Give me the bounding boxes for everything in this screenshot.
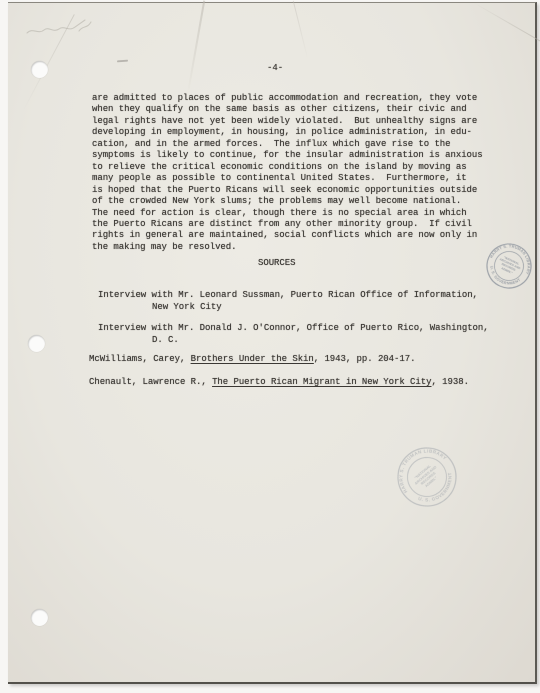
hole-punch	[31, 609, 48, 626]
source-item-line: New York City	[152, 302, 222, 313]
hole-punch	[31, 61, 48, 78]
hole-punch	[28, 335, 45, 352]
page-number: -4-	[267, 63, 283, 74]
pencil-scribble	[22, 14, 100, 42]
citation-detail: , 1943, pp. 204-17.	[314, 354, 416, 364]
citation-detail: , 1938.	[431, 377, 468, 387]
document-page-scan: -4- are admitted to places of public acc…	[0, 0, 540, 693]
citation-author: McWilliams, Carey,	[89, 354, 191, 364]
source-item-citation: Chenault, Lawrence R., The Puerto Rican …	[89, 377, 469, 388]
source-item-line: Interview with Mr. Leonard Sussman, Puer…	[98, 290, 478, 301]
citation-title-underlined: Brothers Under the Skin	[191, 354, 314, 364]
body-paragraph: are admitted to places of public accommo…	[92, 93, 483, 253]
citation-author: Chenault, Lawrence R.,	[89, 377, 212, 387]
sources-heading: SOURCES	[258, 258, 295, 269]
source-item-line: Interview with Mr. Donald J. O'Connor, O…	[98, 323, 489, 334]
source-item-line: D. C.	[152, 335, 179, 346]
source-item-citation: McWilliams, Carey, Brothers Under the Sk…	[89, 354, 415, 365]
citation-title-underlined: The Puerto Rican Migrant in New York Cit…	[212, 377, 431, 387]
